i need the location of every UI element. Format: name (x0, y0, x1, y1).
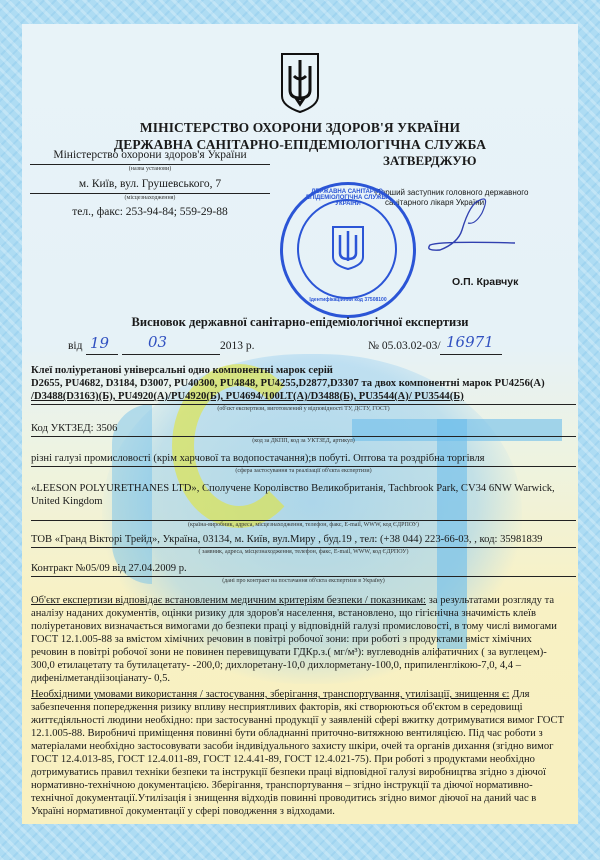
date-day-rule (86, 354, 118, 355)
conditions-line: Україні нормативної документації у сфері… (31, 805, 579, 818)
issuer-name-rule (30, 164, 270, 165)
conclusion-line: речовин в повітрі робочої зони не повине… (31, 646, 579, 659)
object-line1: Клеї поліуретанові універсальні одно ком… (31, 364, 576, 377)
contract: Контракт №05/09 від 27.04.2009 р. (31, 562, 187, 575)
document-number-rule (440, 354, 502, 355)
conditions-line: нормативно-технічною документацією. Збер… (31, 779, 579, 792)
contract-rule (31, 576, 576, 577)
date-year: 2013 р. (220, 340, 255, 352)
date-month-rule (122, 354, 220, 355)
conditions-line: ГОСТ 12.4.013-85, ГОСТ 12.4.011-89, ГОСТ… (31, 753, 579, 766)
object-caption: (об'єкт експертизи, виготовлений у відпо… (31, 406, 576, 412)
conclusion-line: за результатами розгляду та (426, 595, 554, 606)
trident-emblem-icon (280, 52, 320, 114)
conclusion-lead: Об'єкт експертизи відповідає встановлени… (31, 595, 426, 606)
issuer-phones: тел., факс: 253-94-84; 559-29-88 (30, 206, 270, 218)
scope-of-use: різні галузі промисловості (крім харчово… (31, 452, 485, 465)
scope-caption: (сфера застосування та реалізації об'єкт… (31, 468, 576, 474)
issuer-name-caption: (назва установи) (30, 166, 270, 172)
document-content: МІНІСТЕРСТВО ОХОРОНИ ЗДОРОВ'Я УКРАЇНИ ДЕ… (0, 0, 600, 860)
conditions-paragraph: Необхідними умовами використання / засто… (31, 688, 579, 818)
stamp-outer-text: ДЕРЖАВНА САНІТАРНО-ЕПІДЕМІОЛОГІЧНА СЛУЖБ… (303, 189, 393, 207)
stamp-code-text: Ідентифікаційний код 37508100 (305, 297, 391, 303)
document-number-prefix: № 05.03.02-03/ (368, 340, 441, 352)
manufacturer-line1: «LEESON POLYURETHANES LTD», Сполучене Ко… (31, 482, 576, 495)
conditions-line: дотримуватись правил техніки безпеки та … (31, 766, 579, 779)
object-line3: /D3488(D3163)(Б), PU4920(А)/PU4920(Б), P… (31, 390, 576, 403)
applicant: ТОВ «Гранд Вікторі Трейд», Україна, 0313… (31, 533, 542, 546)
scope-rule (31, 466, 576, 467)
conclusion-paragraph: Об'єкт експертизи відповідає встановлени… (31, 594, 579, 685)
object-rule (31, 404, 576, 405)
date-prefix: від (68, 340, 82, 352)
product-code: Код УКТЗЕД: 3506 (31, 422, 117, 435)
issuer-address-caption: (місцезнаходження) (30, 195, 270, 201)
conditions-line: матеріалами необхідно застосовувати засо… (31, 740, 579, 753)
signature (420, 195, 530, 255)
date-day: 19 (90, 334, 109, 352)
official-stamp: ДЕРЖАВНА САНІТАРНО-ЕПІДЕМІОЛОГІЧНА СЛУЖБ… (280, 182, 416, 318)
product-code-caption: (код за ДКПП, код за УКТЗЕД, артикул) (31, 438, 576, 444)
conditions-line: життєдіяльності людини необхідно: при за… (31, 714, 579, 727)
conclusion-line: ГОСТ 12.1.005-88 за вмістом хімічних реч… (31, 633, 579, 646)
conclusion-line: поліуретанових визначається вимогами до … (31, 620, 579, 633)
object-line2: D2655, PU4682, D3184, D3007, PU40300, PU… (31, 377, 576, 390)
conditions-lead: Необхідними умовами використання / засто… (31, 689, 509, 700)
manufacturer: «LEESON POLYURETHANES LTD», Сполучене Ко… (31, 482, 576, 508)
document-number: 16971 (446, 333, 494, 351)
manufacturer-line2: United Kingdom (31, 495, 576, 508)
object-of-expertise: Клеї поліуретанові універсальні одно ком… (31, 364, 576, 403)
signatory-name: О.П. Кравчук (452, 276, 518, 288)
applicant-caption: ( заявник, адреса, місцезнаходження, тел… (31, 549, 576, 555)
conditions-line: Для (509, 689, 529, 700)
applicant-rule (31, 547, 576, 548)
date-month: 03 (148, 333, 167, 351)
conditions-line: забезпечення попередження ризику впливу … (31, 701, 579, 714)
conditions-line: технічної документації.Утилізація і знищ… (31, 792, 579, 805)
issuer-name: Міністерство охорони здоров'я України (30, 149, 270, 161)
approval-title: ЗАТВЕРДЖУЮ (383, 153, 476, 169)
conclusion-line: дифенілметандіізоціанату- 0,5. (31, 672, 579, 685)
issuer-address-rule (30, 193, 270, 194)
issuer-address: м. Київ, вул. Грушевського, 7 (30, 178, 270, 190)
contract-caption: (дані про контракт на постачання об'єкта… (31, 578, 576, 584)
ministry-heading: МІНІСТЕРСТВО ОХОРОНИ ЗДОРОВ'Я УКРАЇНИ (0, 120, 600, 136)
conditions-line: 12.1.005-88. Виробничі приміщення повинн… (31, 727, 579, 740)
stamp-trident-icon (331, 225, 365, 271)
manufacturer-caption: (країна-виробник, адреса, місцезнаходжен… (31, 522, 576, 528)
document-title: Висновок державної санітарно-епідеміолог… (0, 315, 600, 330)
product-code-rule (31, 436, 576, 437)
conclusion-line: аналізу наданих документів, оцінки ризик… (31, 607, 579, 620)
conclusion-line: 300,0 етилацетату та бутилацетату- -200,… (31, 659, 579, 672)
manufacturer-rule (31, 520, 576, 521)
